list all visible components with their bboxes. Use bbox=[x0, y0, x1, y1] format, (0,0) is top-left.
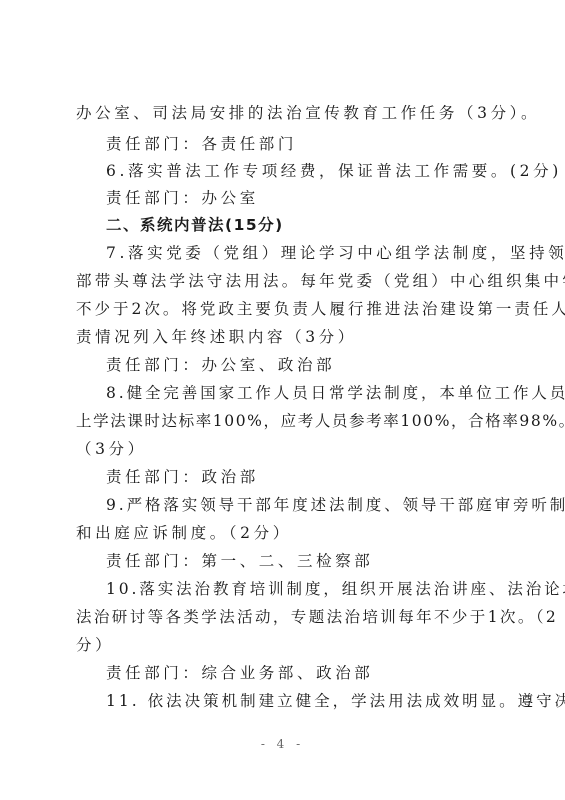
responsible-dept-line: 责任部门：办公室 bbox=[106, 188, 526, 208]
paragraph-line: 和出庭应诉制度。（2分） bbox=[76, 523, 496, 543]
responsible-dept-line: 责任部门：综合业务部、政治部 bbox=[106, 663, 526, 683]
responsible-dept-line: 责任部门：政治部 bbox=[106, 467, 526, 487]
item-8-line: 8.健全完善国家工作人员日常学法制度，本单位工作人员网 bbox=[106, 383, 526, 403]
paragraph-line: 分） bbox=[76, 635, 496, 655]
responsible-dept-line: 责任部门：各责任部门 bbox=[106, 134, 526, 154]
item-7-line: 7.落实党委（党组）理论学习中心组学法制度，坚持领导干 bbox=[106, 243, 526, 263]
paragraph-line: 办公室、司法局安排的法治宣传教育工作任务（3分）。 bbox=[76, 103, 496, 123]
item-6-line: 6.落实普法工作专项经费，保证普法工作需要。(2分) bbox=[106, 161, 526, 181]
section-heading: 二、系统内普法(15分) bbox=[106, 215, 526, 235]
page-number: - 4 - bbox=[0, 737, 565, 751]
paragraph-line: 法治研讨等各类学法活动，专题法治培训每年不少于1次。（2 bbox=[76, 607, 496, 627]
paragraph-line: 上学法课时达标率100%，应考人员参考率100%，合格率98%。 bbox=[76, 411, 496, 431]
document-page: 办公室、司法局安排的法治宣传教育工作任务（3分）。 责任部门：各责任部门 6.落… bbox=[0, 0, 565, 800]
paragraph-line: 责情况列入年终述职内容（3分） bbox=[76, 327, 496, 347]
item-10-line: 10.落实法治教育培训制度，组织开展法治讲座、法治论坛、 bbox=[106, 579, 526, 599]
paragraph-line: 不少于2次。将党政主要负责人履行推进法治建设第一责任人职 bbox=[76, 299, 496, 319]
responsible-dept-line: 责任部门：办公室、政治部 bbox=[106, 355, 526, 375]
item-9-line: 9.严格落实领导干部年度述法制度、领导干部庭审旁听制度 bbox=[106, 495, 526, 515]
paragraph-line: 部带头尊法学法守法用法。每年党委（党组）中心组织集中学法 bbox=[76, 271, 496, 291]
item-11-line: 11. 依法决策机制建立健全，学法用法成效明显。遵守决策 bbox=[106, 691, 526, 711]
responsible-dept-line: 责任部门：第一、二、三检察部 bbox=[106, 551, 526, 571]
paragraph-line: （3分） bbox=[76, 439, 496, 459]
